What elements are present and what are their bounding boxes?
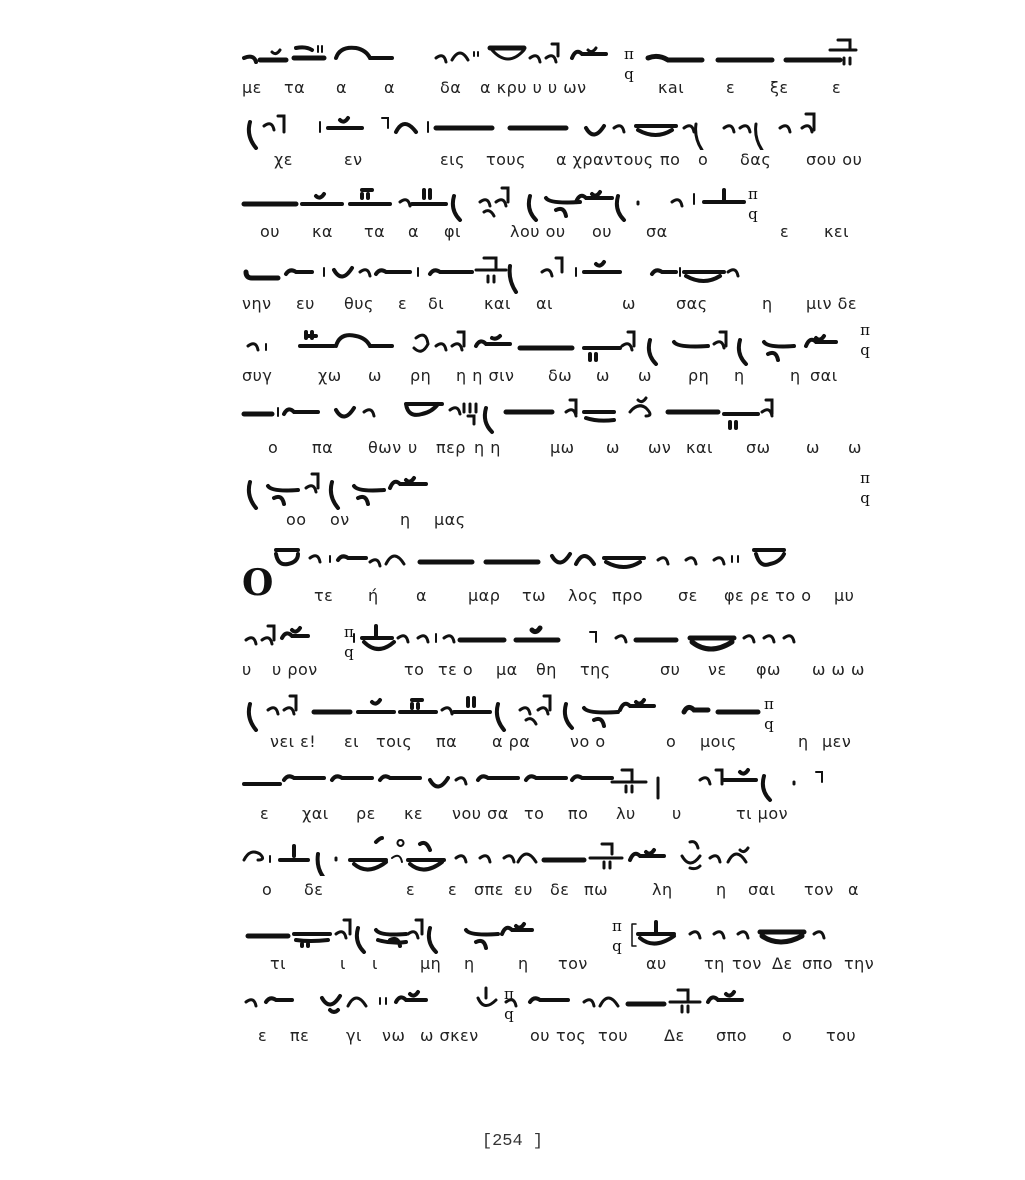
syllable: Δε (664, 1026, 685, 1045)
neume-row-icon (240, 468, 870, 510)
martyria-sign: πq (504, 984, 514, 1024)
syllable: πω (584, 880, 608, 899)
syllable: μω (550, 438, 575, 457)
syllable: ου (260, 222, 280, 241)
syllable: κε (404, 804, 423, 823)
syllable: φε ρε το ο (724, 586, 811, 605)
syllable: σαι (810, 366, 838, 385)
syllable: ρη (688, 366, 709, 385)
syllable: κα (312, 222, 333, 241)
syllable: αυ (646, 954, 667, 973)
syllable: συγ (242, 366, 272, 385)
syllable: σα (646, 222, 668, 241)
score-line-1: με τα α α δα α κρυ υ υ ων κaι ε ξε ε πq (240, 36, 870, 108)
lyrics-line-1: με τα α α δα α κρυ υ υ ων κaι ε ξε ε (240, 78, 870, 102)
syllable: μη (420, 954, 441, 973)
syllable: ε (780, 222, 789, 241)
syllable: ή (368, 586, 379, 605)
syllable: νο ο (570, 732, 606, 751)
syllable: με (242, 78, 262, 97)
score-line-14: ε πε γι νω ω σκεν ου τος του Δε σπο ο το… (240, 984, 870, 1056)
syllable: ων (648, 438, 671, 457)
syllable: της (580, 660, 611, 679)
neume-row-icon (240, 762, 870, 804)
syllable: το (404, 660, 424, 679)
syllable: ω σκεν (420, 1026, 479, 1045)
syllable: η (716, 880, 727, 899)
martyria-sign: πq (748, 184, 758, 224)
syllable: δι (428, 294, 444, 313)
syllable: κει (824, 222, 849, 241)
score-line-6: ο πα θων υ περ η η μω ω ων και σω ω ω (240, 396, 870, 468)
syllable: ρε (356, 804, 376, 823)
lyrics-line-4: νην ευ θυς ε δι και αι ω σας η μιν δε (240, 294, 870, 318)
neume-row-icon (240, 180, 870, 222)
syllable: συ (660, 660, 680, 679)
syllable: λου ου (510, 222, 566, 241)
score-line-13: τι ι ι μη η η τον αυ τη τον Δε σπο την π… (240, 912, 870, 984)
syllable: τι (270, 954, 286, 973)
syllable: ε (398, 294, 407, 313)
syllable: λη (652, 880, 673, 899)
syllable: α (416, 586, 427, 605)
score-line-11: ε χαι ρε κε νου σα το πο λυ υ τι μον (240, 762, 870, 834)
syllable: τα (364, 222, 385, 241)
syllable: ε (832, 78, 841, 97)
syllable: τι μον (736, 804, 788, 823)
syllable: η (790, 366, 801, 385)
syllable: ε (260, 804, 269, 823)
score-line-12: ο δε ε ε σπε ευ δε πω λη η σαι τον α (240, 834, 870, 912)
syllable: ω (638, 366, 652, 385)
score-line-3: ου κα τα α φι λου ου ου σα ε κει πq (240, 180, 870, 252)
syllable: α (336, 78, 347, 97)
syllable: χε (274, 150, 293, 169)
syllable: πα (312, 438, 333, 457)
syllable: θων (368, 438, 402, 457)
martyria-sign: πq (612, 916, 622, 956)
syllable: ε (258, 1026, 267, 1045)
syllable: Δε (772, 954, 793, 973)
syllable: η (734, 366, 745, 385)
syllable: δε (550, 880, 569, 899)
syllable: η (464, 954, 475, 973)
syllable: δε (304, 880, 323, 899)
syllable: και (686, 438, 713, 457)
syllable: προ (612, 586, 643, 605)
syllable: τους (486, 150, 526, 169)
syllable: α χραντους (556, 150, 654, 169)
syllable: ω (596, 366, 610, 385)
syllable: η (518, 954, 529, 973)
syllable: εν (344, 150, 363, 169)
neume-row-icon (240, 690, 870, 732)
score-line-2: χε εν εις τους α χραντους πο ο δας σου ο… (240, 108, 870, 180)
syllable: ω (848, 438, 862, 457)
syllable: τοις (376, 732, 412, 751)
syllable: ω (606, 438, 620, 457)
neume-row-icon (240, 618, 870, 660)
syllable: α (408, 222, 419, 241)
syllable: τε (314, 586, 333, 605)
syllable: μαρ (468, 586, 500, 605)
syllable: σαι (748, 880, 776, 899)
score-line-8: O τε ή α μαρ τω λος προ σε φε ρε το ο μυ (240, 540, 870, 618)
neume-row-icon (240, 108, 870, 150)
score-line-10: νει ε! ει τοις πα α ρα νο ο ο μοις η μεν… (240, 690, 870, 762)
syllable: ου (592, 222, 612, 241)
syllable: μεν (822, 732, 851, 751)
martyria-sign: πq (344, 622, 354, 662)
syllable: τον (558, 954, 588, 973)
syllable: τω (522, 586, 546, 605)
syllable: ο (268, 438, 278, 457)
syllable: α (848, 880, 859, 899)
syllable: αι (536, 294, 553, 313)
syllable: νε (708, 660, 727, 679)
syllable: χω (318, 366, 342, 385)
syllable: πα (436, 732, 457, 751)
syllable: ω (622, 294, 636, 313)
syllable: τος (556, 1026, 586, 1045)
syllable: ω ω ω (812, 660, 865, 679)
martyria-sign: πq (764, 694, 774, 734)
lyrics-line-6: ο πα θων υ περ η η μω ω ων και σω ω ω (240, 438, 870, 462)
syllable: τη (704, 954, 725, 973)
neume-row-icon (240, 36, 870, 78)
syllable: νου σα (452, 804, 509, 823)
lyrics-line-14: ε πε γι νω ω σκεν ου τος του Δε σπο ο το… (240, 1026, 870, 1050)
syllable: τε ο (438, 660, 473, 679)
score-page: με τα α α δα α κρυ υ υ ων κaι ε ξε ε πq (240, 36, 870, 1056)
syllable: και (484, 294, 511, 313)
syllable: η η (474, 438, 501, 457)
syllable: πε (290, 1026, 309, 1045)
syllable: του (598, 1026, 628, 1045)
lyrics-line-8: τε ή α μαρ τω λος προ σε φε ρε το ο μυ (240, 586, 870, 610)
syllable: φι (444, 222, 461, 241)
neume-row-icon (240, 324, 870, 366)
syllable: πο (660, 150, 680, 169)
syllable: δας (740, 150, 771, 169)
syllable: νην (242, 294, 272, 313)
syllable: η η σιν (456, 366, 514, 385)
syllable: νει ε! (270, 732, 316, 751)
syllable: α κρυ υ υ ων (480, 78, 587, 97)
syllable: τα (284, 78, 305, 97)
syllable: η (798, 732, 809, 751)
syllable: νω (382, 1026, 405, 1045)
syllable: ξε (770, 78, 789, 97)
syllable: σω (746, 438, 771, 457)
syllable: μας (434, 510, 466, 529)
martyria-sign: πq (860, 468, 870, 508)
syllable: φω (756, 660, 781, 679)
neume-row-icon (240, 984, 870, 1026)
score-line-4: νην ευ θυς ε δι και αι ω σας η μιν δε (240, 252, 870, 324)
syllable: ευ (296, 294, 315, 313)
syllable: η (400, 510, 411, 529)
syllable: ε (406, 880, 415, 899)
syllable: ε (726, 78, 735, 97)
syllable: α (384, 78, 395, 97)
syllable: η (762, 294, 773, 313)
score-line-5: συγ χω ω ρη η η σιν δω ω ω ρη η η σαι πq (240, 324, 870, 396)
syllable: περ (436, 438, 466, 457)
syllable: ω (368, 366, 382, 385)
syllable: σε (678, 586, 698, 605)
syllable: δα (440, 78, 461, 97)
score-line-7: οο ον η μας πq (240, 468, 870, 540)
syllable: ο (666, 732, 676, 751)
neume-row-icon (240, 834, 870, 876)
syllable: λος (568, 586, 598, 605)
syllable: ι (340, 954, 346, 973)
syllable: το (524, 804, 544, 823)
lyrics-line-3: ου κα τα α φι λου ου ου σα ε κει (240, 222, 870, 246)
syllable: γι (346, 1026, 362, 1045)
syllable: σπο (716, 1026, 747, 1045)
syllable: α ρα (492, 732, 530, 751)
syllable: υ ρον (272, 660, 318, 679)
syllable: ο (698, 150, 708, 169)
lyrics-line-10: νει ε! ει τοις πα α ρα νο ο ο μοις η μεν (240, 732, 870, 756)
syllable: εις (440, 150, 465, 169)
syllable: ον (330, 510, 350, 529)
lyrics-line-12: ο δε ε ε σπε ευ δε πω λη η σαι τον α (240, 880, 870, 904)
syllable: υ (408, 438, 418, 457)
syllable: του (826, 1026, 856, 1045)
syllable: μοις (700, 732, 737, 751)
lyrics-line-13: τι ι ι μη η η τον αυ τη τον Δε σπο την (240, 954, 870, 978)
syllable: σας (676, 294, 708, 313)
lyrics-line-11: ε χαι ρε κε νου σα το πο λυ υ τι μον (240, 804, 870, 828)
syllable: ρη (410, 366, 431, 385)
neume-row-icon (240, 912, 870, 954)
martyria-sign: πq (624, 44, 634, 84)
syllable: μυ (834, 586, 854, 605)
syllable: λυ (616, 804, 636, 823)
syllable: τον (804, 880, 834, 899)
syllable: τον (732, 954, 762, 973)
syllable: οο (286, 510, 307, 529)
syllable: χαι (302, 804, 329, 823)
syllable: υ (672, 804, 682, 823)
syllable: ε (448, 880, 457, 899)
syllable: σπο (802, 954, 833, 973)
neume-row-icon (240, 540, 870, 582)
syllable: θη (536, 660, 557, 679)
syllable: ι (372, 954, 378, 973)
syllable: ευ (514, 880, 533, 899)
syllable: μιν δε (806, 294, 857, 313)
syllable: σπε (474, 880, 504, 899)
syllable: σου ου (806, 150, 862, 169)
syllable: μα (496, 660, 518, 679)
syllable: ο (262, 880, 272, 899)
syllable: ου (530, 1026, 550, 1045)
lyrics-line-7: οο ον η μας (240, 510, 870, 534)
lyrics-line-9: υ υ ρον το τε ο μα θη της συ νε φω ω ω ω (240, 660, 870, 684)
syllable: ο (782, 1026, 792, 1045)
syllable: θυς (344, 294, 374, 313)
syllable: πο (568, 804, 588, 823)
syllable: την (844, 954, 874, 973)
syllable: ω (806, 438, 820, 457)
neume-row-icon (240, 252, 870, 294)
neume-row-icon (240, 396, 870, 438)
syllable: υ (242, 660, 252, 679)
page-number: [254 ] (0, 1132, 1025, 1151)
syllable: κaι (658, 78, 684, 97)
martyria-sign: πq (860, 320, 870, 360)
score-line-9: υ υ ρον το τε ο μα θη της συ νε φω ω ω ω… (240, 618, 870, 690)
lyrics-line-5: συγ χω ω ρη η η σιν δω ω ω ρη η η σαι (240, 366, 870, 390)
syllable: ει (344, 732, 359, 751)
lyrics-line-2: χε εν εις τους α χραντους πο ο δας σου ο… (240, 150, 870, 174)
syllable: δω (548, 366, 572, 385)
